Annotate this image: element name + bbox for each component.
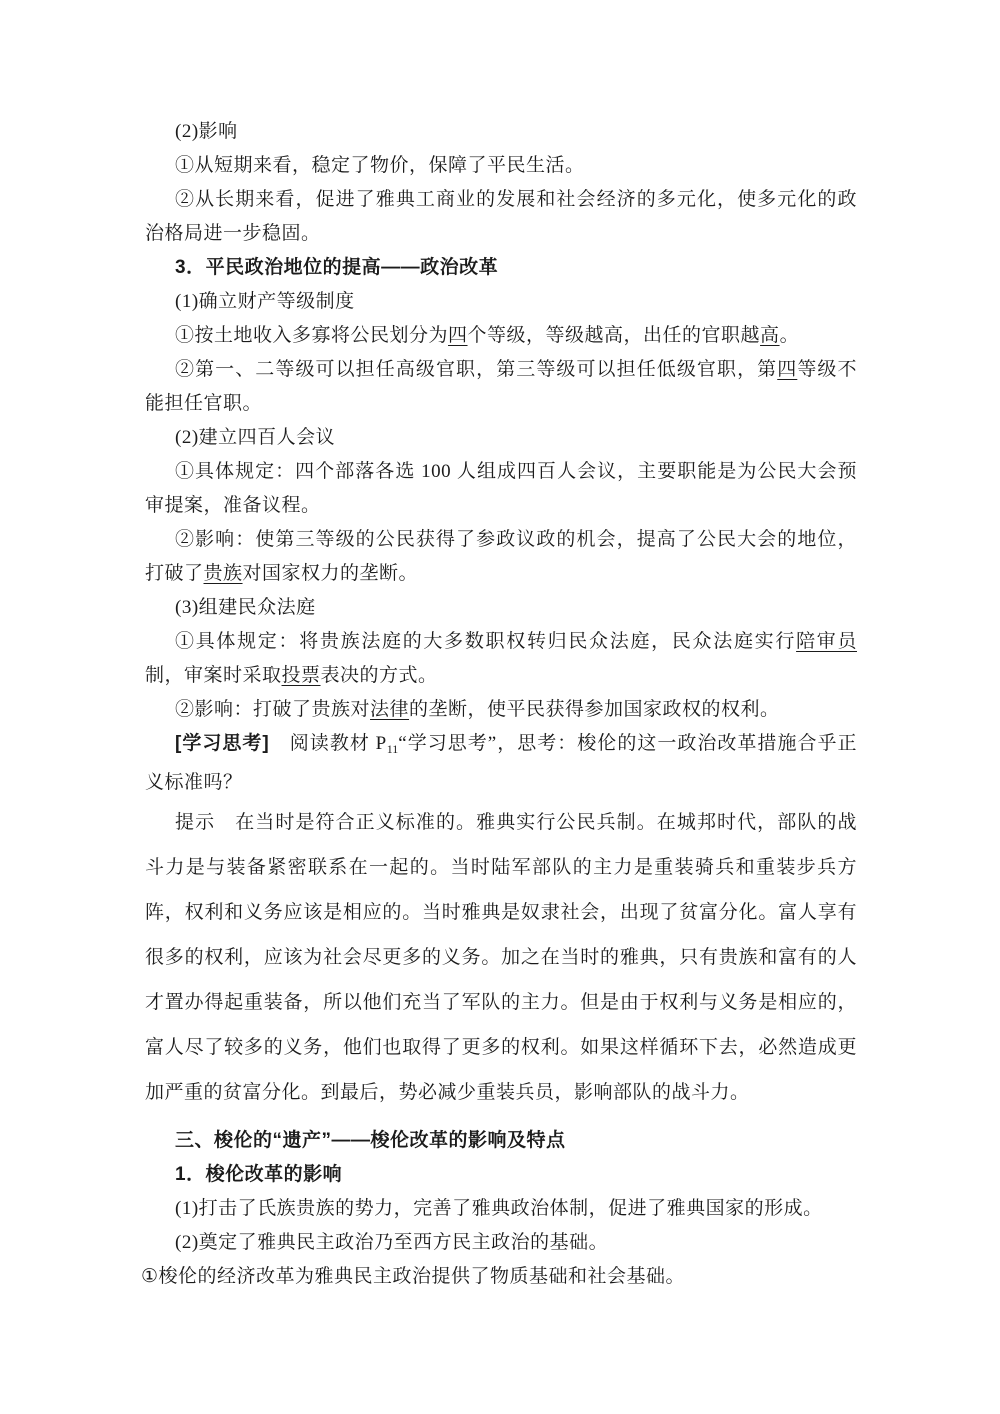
paragraph-heading-16: 1．梭伦改革的影响 <box>145 1158 857 1192</box>
text-run: 个等级，等级越高，出任的官职越 <box>468 325 761 346</box>
text-run: (2)影响 <box>175 121 238 142</box>
text-run: 三、梭伦的“遗产”——梭伦改革的影响及特点 <box>175 1130 566 1151</box>
text-run: 阅读教材 P <box>269 733 386 754</box>
paragraph-body-10: (3)组建民众法庭 <box>145 591 857 625</box>
text-run: 在当时是符合正义标准的。雅典实行公民兵制。在城邦时代，部队的战斗力是与装备紧密联… <box>145 812 857 1103</box>
underlined-text: 四 <box>777 359 797 380</box>
text-run: ②从长期来看，促进了雅典工商业的发展和社会经济的多元化，使多元化的政治格局进一步… <box>145 189 857 244</box>
text-run: (2)奠定了雅典民主政治乃至西方民主政治的基础。 <box>175 1232 608 1253</box>
paragraph-heading-3: 3．平民政治地位的提高——政治改革 <box>145 251 857 285</box>
paragraph-body-7: (2)建立四百人会议 <box>145 421 857 455</box>
paragraph-body-9: ②影响：使第三等级的公民获得了参政议政的机会，提高了公民大会的地位，打破了贵族对… <box>145 523 857 591</box>
paragraph-body-2: ②从长期来看，促进了雅典工商业的发展和社会经济的多元化，使多元化的政治格局进一步… <box>145 183 857 251</box>
text-run: (1)打击了氏族贵族的势力，完善了雅典政治体制，促进了雅典国家的形成。 <box>175 1198 823 1219</box>
document-body: (2)影响①从短期来看，稳定了物价，保障了平民生活。②从长期来看，促进了雅典工商… <box>145 115 857 1294</box>
text-run: 提示 <box>175 812 215 833</box>
text-run: ①梭伦的经济改革为雅典民主政治提供了物质基础和社会基础。 <box>141 1266 685 1287</box>
text-run: 。 <box>780 325 800 346</box>
underlined-text: 四 <box>448 325 468 346</box>
underlined-text: 高 <box>760 325 780 346</box>
text-run: 制，审案时采取 <box>145 665 282 686</box>
document-page: (2)影响①从短期来看，稳定了物价，保障了平民生活。②从长期来看，促进了雅典工商… <box>0 0 1000 1414</box>
underlined-text: 贵族 <box>204 563 243 584</box>
paragraph-body-18: (2)奠定了雅典民主政治乃至西方民主政治的基础。 <box>145 1226 857 1260</box>
text-run: ①按土地收入多寡将公民划分为 <box>175 325 448 346</box>
subscript-text: 11 <box>387 742 399 756</box>
text-run: (3)组建民众法庭 <box>175 597 316 618</box>
paragraph-body-13: [学习思考] 阅读教材 P11“学习思考”，思考：梭伦的这一政治改革措施合乎正义… <box>145 727 857 800</box>
paragraph-body-8: ①具体规定：四个部落各选 100 人组成四百人会议，主要职能是为公民大会预审提案… <box>145 455 857 523</box>
paragraph-body-11: ①具体规定：将贵族法庭的大多数职权转归民众法庭，民众法庭实行陪审员制，审案时采取… <box>145 625 857 693</box>
text-run: 的垄断，使平民获得参加国家政权的权利。 <box>409 699 780 720</box>
text-run: 3．平民政治地位的提高——政治改革 <box>175 257 498 278</box>
paragraph-heading-15: 三、梭伦的“遗产”——梭伦改革的影响及特点 <box>145 1124 857 1158</box>
text-run: ①具体规定：将贵族法庭的大多数职权转归民众法庭，民众法庭实行 <box>175 631 796 652</box>
paragraph-body-12: ②影响：打破了贵族对法律的垄断，使平民获得参加国家政权的权利。 <box>145 693 857 727</box>
paragraph-body-5: ①按土地收入多寡将公民划分为四个等级，等级越高，出任的官职越高。 <box>145 319 857 353</box>
text-run: 表决的方式。 <box>321 665 438 686</box>
paragraph-hint-14: 提示 在当时是符合正义标准的。雅典实行公民兵制。在城邦时代，部队的战斗力是与装备… <box>145 800 857 1115</box>
text-run: ②第一、二等级可以担任高级官职，第三等级可以担任低级官职，第 <box>175 359 777 380</box>
text-run: 1．梭伦改革的影响 <box>175 1164 342 1185</box>
text-run: ②影响：打破了贵族对 <box>175 699 370 720</box>
text-run: [学习思考] <box>175 733 269 754</box>
text-run: 对国家权力的垄断。 <box>243 563 419 584</box>
paragraph-body-17: (1)打击了氏族贵族的势力，完善了雅典政治体制，促进了雅典国家的形成。 <box>145 1192 857 1226</box>
paragraph-body-4: (1)确立财产等级制度 <box>145 285 857 319</box>
text-run: (1)确立财产等级制度 <box>175 291 355 312</box>
underlined-text: 陪审员 <box>796 631 857 652</box>
underlined-text: 投票 <box>282 665 321 686</box>
paragraph-body-1: ①从短期来看，稳定了物价，保障了平民生活。 <box>145 149 857 183</box>
text-run: (2)建立四百人会议 <box>175 427 335 448</box>
paragraph-note-19: ①梭伦的经济改革为雅典民主政治提供了物质基础和社会基础。 <box>141 1260 857 1294</box>
text-run: ①具体规定：四个部落各选 100 人组成四百人会议，主要职能是为公民大会预审提案… <box>145 461 857 516</box>
underlined-text: 法律 <box>370 699 409 720</box>
paragraph-body-6: ②第一、二等级可以担任高级官职，第三等级可以担任低级官职，第四等级不能担任官职。 <box>145 353 857 421</box>
text-run: ①从短期来看，稳定了物价，保障了平民生活。 <box>175 155 585 176</box>
paragraph-body-0: (2)影响 <box>145 115 857 149</box>
